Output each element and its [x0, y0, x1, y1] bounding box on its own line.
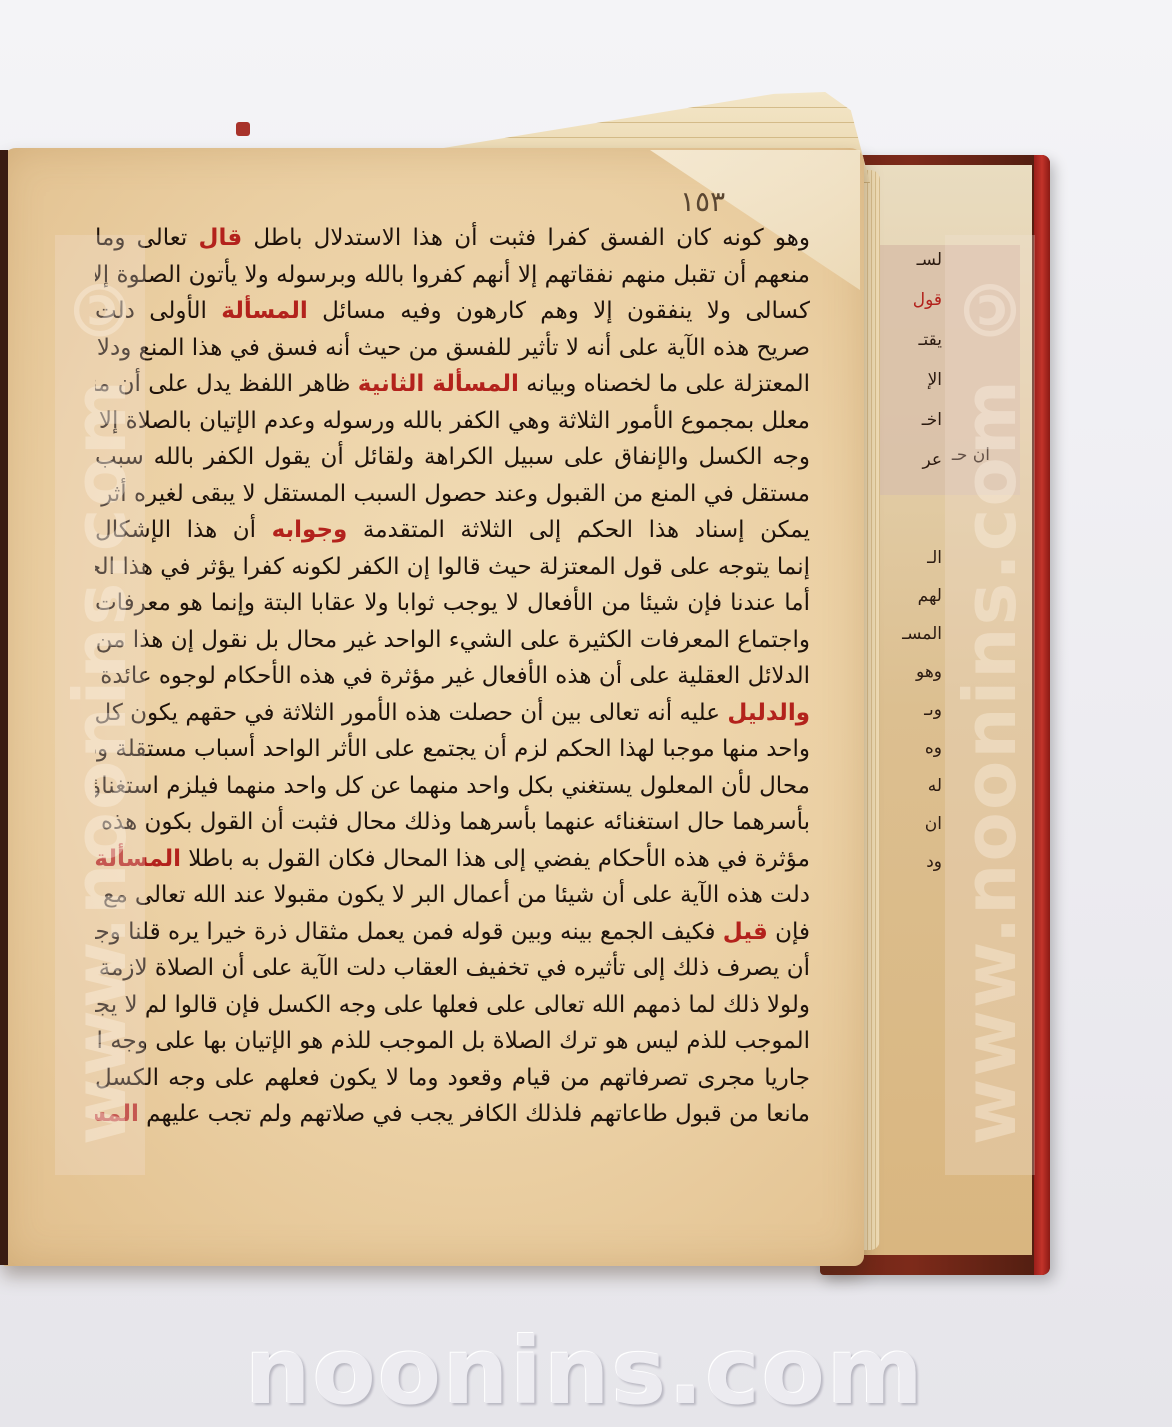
line-text: واجتماع المعرفات الكثيرة على الشيء الواح…	[95, 627, 810, 653]
underlying-text-fragment: ان	[882, 814, 942, 834]
manuscript-line: جاريا مجرى تصرفاتهم من قيام وقعود وما لا…	[95, 1060, 810, 1097]
manuscript-line: الدلائل العقلية على أن هذه الأفعال غير م…	[95, 658, 810, 695]
bookmark-ribbon	[236, 122, 250, 136]
manuscript-line: منعهم أن تقبل منهم نفقاتهم إلا أنهم كفرو…	[95, 257, 810, 294]
line-text: مستقل في المنع من القبول وعند حصول السبب…	[95, 481, 810, 507]
line-text: فإن	[768, 919, 810, 945]
watermark-right: www.noonins.com ©	[945, 235, 1035, 1175]
line-text: الموجب للذم ليس هو ترك الصلاة بل الموجب …	[95, 1028, 810, 1054]
manuscript-line: إنما يتوجه على قول المعتزلة حيث قالوا إن…	[95, 549, 810, 586]
manuscript-line: واجتماع المعرفات الكثيرة على الشيء الواح…	[95, 622, 810, 659]
line-text: وجه الكسل والإنفاق على سبيل الكراهة ولقا…	[95, 444, 810, 470]
line-text: وهو كونه كان الفسق كفرا فثبت أن هذا الاس…	[242, 225, 810, 251]
line-text: ولولا ذلك لما ذمهم الله تعالى على فعلها …	[95, 992, 810, 1018]
line-text: معلل بمجموع الأمور الثلاثة وهي الكفر بال…	[95, 408, 810, 434]
line-text: محال لأن المعلول يستغني بكل واحد منهما ع…	[95, 773, 810, 799]
rubric-word: المسألة	[221, 298, 308, 324]
underlying-text-fragment: وه	[882, 738, 942, 758]
line-text: مؤثرة في هذه الأحكام يفضي إلى هذا المحال…	[181, 846, 810, 872]
rubric-word: المسألة الثانية	[358, 371, 519, 397]
rubric-word: والدليل	[727, 700, 810, 726]
cover-edge	[1034, 155, 1050, 1275]
line-text: أن يصرف ذلك إلى تأثيره في تخفيف العقاب د…	[95, 955, 810, 981]
underlying-text-fragment: اخـ	[882, 410, 942, 430]
underlying-text-fragment: قول	[882, 290, 942, 310]
underlying-text-fragment: وهو	[882, 662, 942, 682]
manuscript-line: أما عندنا فإن شيئا من الأفعال لا يوجب ثو…	[95, 585, 810, 622]
manuscript-line: فإن قيل فكيف الجمع بينه وبين قوله فمن يع…	[95, 914, 810, 951]
line-text: كسالى ولا ينفقون إلا وهم كارهون وفيه مسا…	[308, 298, 810, 324]
underlying-text-fragment: ود	[882, 852, 942, 872]
manuscript-line: بأسرهما حال استغنائه عنهما بأسرهما وذلك …	[95, 804, 810, 841]
line-text: الدلائل العقلية على أن هذه الأفعال غير م…	[95, 663, 810, 689]
manuscript-line: وجه الكسل والإنفاق على سبيل الكراهة ولقا…	[95, 439, 810, 476]
line-text: يمكن إسناد هذا الحكم إلى الثلاثة المتقدم…	[347, 517, 810, 543]
line-text: جاريا مجرى تصرفاتهم من قيام وقعود وما لا…	[95, 1065, 810, 1091]
manuscript-line: أن يصرف ذلك إلى تأثيره في تخفيف العقاب د…	[95, 950, 810, 987]
line-text: صريح هذه الآية على أنه لا تأثير للفسق من…	[95, 335, 810, 361]
spine-shadow	[0, 150, 8, 1265]
underlying-text-fragment: الـ	[882, 548, 942, 568]
manuscript-line: مؤثرة في هذه الأحكام يفضي إلى هذا المحال…	[95, 841, 810, 878]
underlying-text-fragment: الإ	[882, 370, 942, 390]
underlying-text-fragment: وىـ	[882, 700, 942, 720]
folio-number: ١٥٣	[680, 185, 725, 218]
manuscript-line: وهو كونه كان الفسق كفرا فثبت أن هذا الاس…	[95, 220, 810, 257]
manuscript-line: والدليل عليه أنه تعالى بين أن حصلت هذه ا…	[95, 695, 810, 732]
underlying-text-fragment: لسـ	[882, 250, 942, 270]
line-text: إنما يتوجه على قول المعتزلة حيث قالوا إن…	[95, 554, 810, 580]
line-text: مانعا من قبول طاعاتهم فلذلك الكافر يجب ف…	[139, 1101, 810, 1127]
manuscript-line: صريح هذه الآية على أنه لا تأثير للفسق من…	[95, 330, 810, 367]
manuscript-line: الموجب للذم ليس هو ترك الصلاة بل الموجب …	[95, 1023, 810, 1060]
manuscript-line: يمكن إسناد هذا الحكم إلى الثلاثة المتقدم…	[95, 512, 810, 549]
manuscript-line: كسالى ولا ينفقون إلا وهم كارهون وفيه مسا…	[95, 293, 810, 330]
underlying-text-fragment: لهم	[882, 586, 942, 606]
watermark-right-text: www.noonins.com ©	[948, 265, 1032, 1145]
manuscript-line: محال لأن المعلول يستغني بكل واحد منهما ع…	[95, 768, 810, 805]
rubric-word: وجوابه	[272, 517, 348, 543]
underlying-text-fragment: له	[882, 776, 942, 796]
rubric-word: قال	[199, 225, 243, 251]
underlying-text-fragment: المسـ	[882, 624, 942, 644]
manuscript-line: ولولا ذلك لما ذمهم الله تعالى على فعلها …	[95, 987, 810, 1024]
line-text: المعتزلة على ما لخصناه وبيانه	[519, 371, 810, 397]
watermark-left-text: www.noonins.com ©	[58, 265, 142, 1145]
underlying-text-fragment: يقتـ	[882, 330, 942, 350]
line-text: دلت هذه الآية على أن شيئا من أعمال البر …	[95, 882, 810, 908]
manuscript-line: المعتزلة على ما لخصناه وبيانه المسألة ال…	[95, 366, 810, 403]
watermark-left: www.noonins.com ©	[55, 235, 145, 1175]
manuscript-line: مستقل في المنع من القبول وعند حصول السبب…	[95, 476, 810, 513]
line-text: فكيف الجمع بينه وبين قوله فمن يعمل مثقال…	[95, 919, 723, 945]
manuscript-line: دلت هذه الآية على أن شيئا من أعمال البر …	[95, 877, 810, 914]
rubric-word: قيل	[723, 919, 768, 945]
manuscript-line: مانعا من قبول طاعاتهم فلذلك الكافر يجب ف…	[95, 1096, 810, 1133]
manuscript-text: وهو كونه كان الفسق كفرا فثبت أن هذا الاس…	[95, 220, 810, 1133]
line-text: أما عندنا فإن شيئا من الأفعال لا يوجب ثو…	[95, 590, 810, 616]
watermark-bottom: noonins.com	[225, 1318, 945, 1425]
line-text: واحد منها موجبا لهذا الحكم لزم أن يجتمع …	[95, 736, 810, 762]
manuscript-line: واحد منها موجبا لهذا الحكم لزم أن يجتمع …	[95, 731, 810, 768]
line-text: بأسرهما حال استغنائه عنهما بأسرهما وذلك …	[95, 809, 810, 835]
line-text: عليه أنه تعالى بين أن حصلت هذه الأمور ال…	[95, 700, 727, 726]
line-text: منعهم أن تقبل منهم نفقاتهم إلا أنهم كفرو…	[95, 262, 810, 288]
manuscript-line: معلل بمجموع الأمور الثلاثة وهي الكفر بال…	[95, 403, 810, 440]
